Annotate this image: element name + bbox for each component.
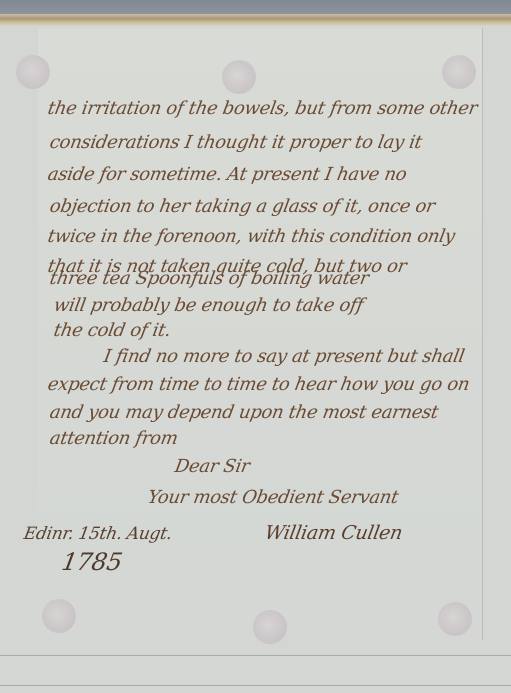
letter-line: three tea Spoonfuls of boiling water: [48, 268, 370, 289]
signature: William Cullen: [263, 522, 404, 544]
letter-line: twice in the forenoon, with this conditi…: [46, 226, 456, 247]
scanner-top-strip: [0, 0, 511, 14]
letter-line: the cold of it.: [52, 320, 172, 341]
letter-line: objection to her taking a glass of it, o…: [48, 196, 436, 217]
letter-line: attention from: [48, 428, 179, 449]
letter-line: expect from time to time to hear how you…: [46, 374, 471, 395]
letter-line: I find no more to say at present but sha…: [102, 346, 466, 367]
year: 1785: [60, 548, 125, 576]
letter-line: will probably be enough to take off: [52, 295, 365, 316]
closing: Your most Obedient Servant: [146, 487, 400, 508]
adhesive-hinge-mark: [442, 55, 476, 89]
adhesive-hinge-mark: [222, 60, 256, 94]
adhesive-hinge-mark: [253, 610, 287, 644]
adhesive-hinge-mark: [16, 55, 50, 89]
binding-edge: [0, 14, 511, 26]
salutation: Dear Sir: [173, 456, 251, 477]
adhesive-hinge-mark: [438, 602, 472, 636]
mount-fold-line: [0, 685, 511, 686]
letter-line: aside for sometime. At present I have no: [46, 164, 408, 185]
adhesive-hinge-mark: [42, 599, 76, 633]
place-date: Edinr. 15th. Augt.: [22, 524, 173, 544]
mount-fold-line: [0, 655, 511, 656]
letter-line: and you may depend upon the most earnest: [48, 402, 440, 423]
letter-line: considerations I thought it proper to la…: [48, 132, 423, 153]
letter-line: the irritation of the bowels, but from s…: [46, 98, 479, 119]
